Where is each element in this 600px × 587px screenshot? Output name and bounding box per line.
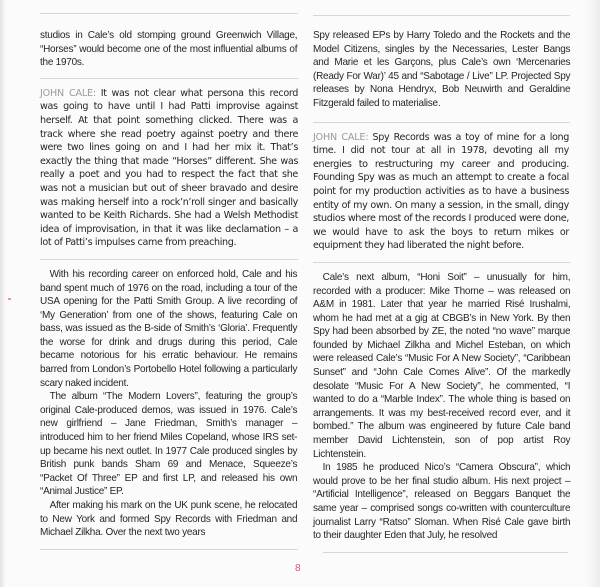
divider-rule [323,552,568,553]
page-edge-shadow-right [586,0,600,587]
intro-paragraph: Spy released EPs by Harry Toledo and the… [313,29,570,111]
quote-text: Spy Records was a toy of mine for a long… [313,132,569,252]
print-mark [8,298,11,300]
body-paragraph: With his recording career on enforced ho… [40,268,297,390]
body-paragraph: Cale’s next album, “Honi Soit” – unusual… [313,271,570,461]
divider-rule [40,549,298,550]
intro-paragraph: studios in Cale’s old stomping ground Gr… [40,29,297,70]
body-paragraph: After making his mark on the UK punk sce… [40,499,297,540]
quote-block: JOHN CALE: It was not clear what persona… [40,87,298,250]
quote-block: JOHN CALE: Spy Records was a toy of mine… [313,131,569,253]
body-paragraph: The album “The Modern Lovers”, featuring… [40,390,297,499]
page-number: 8 [295,563,301,574]
quote-speaker: JOHN CALE: [40,88,96,99]
quote-text: It was not clear what persona this recor… [40,88,298,249]
right-column: Spy released EPs by Harry Toledo and the… [313,0,569,553]
body-paragraph: In 1985 he produced Nico’s “Camera Obscu… [313,461,570,543]
quote-speaker: JOHN CALE: [313,132,368,143]
left-column: studios in Cale’s old stomping ground Gr… [40,0,298,550]
page-edge-shadow-left [0,0,6,587]
